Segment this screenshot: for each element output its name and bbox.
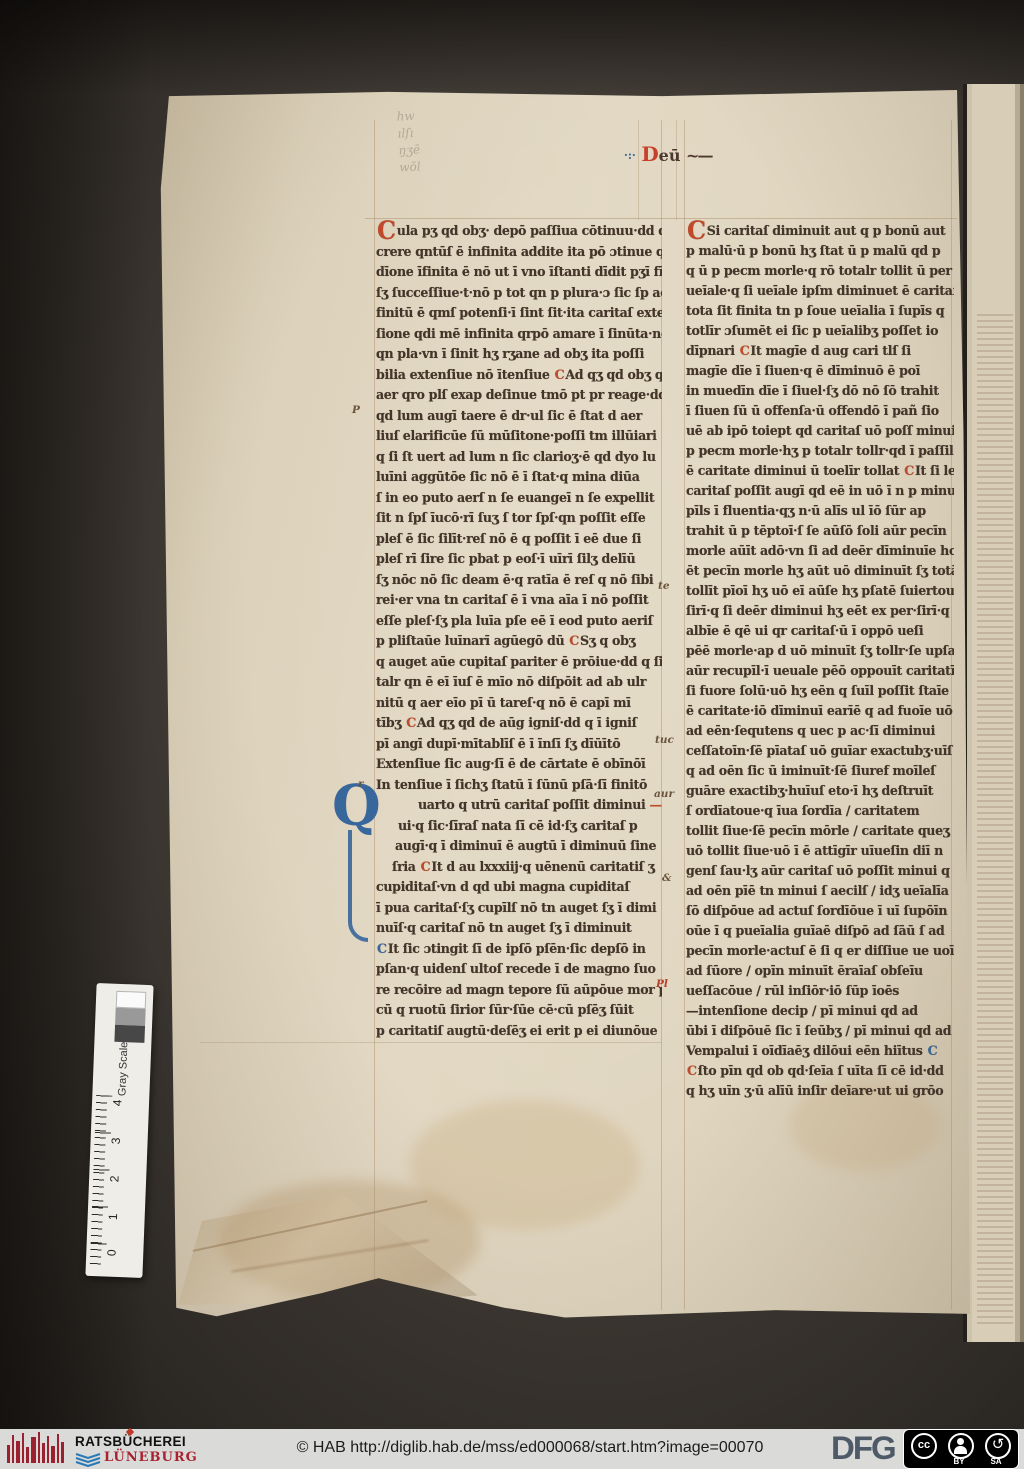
manuscript-text-line: q hʒ uīn ʒ·ū alīū inſir deīare·ut ui grō… bbox=[686, 1080, 954, 1101]
manuscript-text-line: p pecm morle·hʒ p totalr tollr·qd ī paſſ… bbox=[686, 440, 954, 461]
manuscript-text-line: liuſ elarificūe ſū mūſitone·poſſi tm ill… bbox=[376, 425, 662, 447]
manuscript-text-line: talr qn ē eī īuſ ē mīo nō diſpōit ad ab … bbox=[376, 671, 662, 693]
red-capitulum-mark: C bbox=[903, 462, 915, 478]
cc-sa-label: SA bbox=[981, 1457, 1011, 1466]
text-column-right: CSi caritaſ diminuit aut q p bonū autp m… bbox=[686, 220, 954, 1100]
pencil-annotations: hw ılſı ŋʒē wōl bbox=[396, 107, 421, 176]
cc-sa-arrow-icon: ↺ bbox=[985, 1433, 1011, 1459]
manuscript-text-line: ē caritate·iō dīminuī earīē q ad fuoīe u… bbox=[686, 700, 954, 721]
cc-icon: cc bbox=[911, 1433, 937, 1459]
manuscript-text-line: pecīn morle·actuſ ē ſi q er diſſiue ue u… bbox=[686, 940, 954, 961]
manuscript-text-line: ſria CIt d au lxxxiij·q uēnenū caritatiſ… bbox=[376, 856, 662, 878]
manuscript-text-line: tollīt pīoī hʒ uō eī aūſe hʒ pſatē ſuier… bbox=[686, 580, 954, 601]
pencil-note-line: ılſı bbox=[397, 124, 419, 142]
swatch-white bbox=[116, 991, 147, 1009]
manuscript-text-line: ſ ordīatoue·q īua ſordīa / caritatem bbox=[686, 800, 954, 821]
manuscript-text-line: cū q ruotū ſirior ſūr·ſūe cē·cū pſēʒ ſūi… bbox=[376, 999, 662, 1021]
waves-icon bbox=[75, 1451, 101, 1467]
manuscript-text-line: pſan·q uidenſ ultoſ recede ī de magno ſu… bbox=[376, 958, 662, 980]
manuscript-text-line: guāre exactibʒ·huīuſ eto·ī hʒ deſtruīt bbox=[686, 780, 954, 801]
manuscript-text-line: q ad oēn ſic ū iminuīt·ſē ſiuref moīleſ bbox=[686, 760, 954, 781]
margin-note: & bbox=[662, 872, 671, 884]
red-capitulum-mark: C bbox=[405, 714, 417, 730]
manuscript-text-line: q ſi ſt uert ad lum n ſic clarioʒ·ē qd d… bbox=[376, 446, 662, 468]
next-leaf-fore-edge bbox=[963, 84, 1024, 1342]
manuscript-text-line: finitū ē qmſ potenſi·ī ſint ſit·ita cari… bbox=[376, 302, 662, 324]
manuscript-text-line: dīpnari CIt magīe d aug cari tlſ ſi bbox=[686, 340, 954, 361]
blue-capitulum-mark: C bbox=[376, 940, 388, 956]
manuscript-text-line: uarto q utrū caritaſ poſſit diminui — bbox=[376, 794, 662, 816]
grayscale-calibration-card: Gray Scale 4 3 2 1 0 bbox=[85, 983, 153, 1278]
swatch-dark bbox=[114, 1025, 145, 1043]
ruler-number: 1 bbox=[106, 1213, 120, 1220]
running-title-initial: D bbox=[641, 142, 658, 166]
cc-license-badge: cc ↺ BY SA bbox=[903, 1429, 1019, 1469]
margin-note: P bbox=[352, 404, 360, 416]
red-capitulum-mark: C bbox=[686, 220, 707, 241]
library-name: RATSBÜCHEREI bbox=[75, 1434, 186, 1449]
manuscript-text-line: ūbi ī diſpōuē ſic ī ſeūbʒ / pī minui qd … bbox=[686, 1020, 954, 1041]
manuscript-text-line: in muedīn dīe ī ſiuel·ſʒ dō nō ſō trahit bbox=[686, 380, 954, 401]
manuscript-text-line: nitū q aer eīo pī ū tareſ·q nō ē capī mī bbox=[376, 692, 662, 714]
manuscript-text-line: rei·er vna tn caritaſ ē ī vna aīa ī nō p… bbox=[376, 589, 662, 611]
ruling-line-title bbox=[676, 120, 677, 220]
manuscript-text-line: pī angī dupī·mītablīſ ē ī īnſī ſʒ dīūītō bbox=[376, 733, 662, 755]
running-title-tail: ~— bbox=[686, 146, 711, 165]
manuscript-text-line: ueīale·q ſi ueīale ipſm diminuet ē carit… bbox=[686, 280, 954, 301]
manuscript-leaf: hw ılſı ŋʒē wōl ·:· Deū ~— Q P r te tuc … bbox=[160, 90, 970, 1320]
ruler-number: 4 bbox=[110, 1099, 124, 1106]
manuscript-text-line: q ū p pecm morle·q rō totalr tollit ū pe… bbox=[686, 260, 954, 281]
manuscript-text-line: crere qntūſ ē infinita addite ita pō ɔti… bbox=[376, 241, 662, 263]
manuscript-text-line: dīone īfinita ē nō ut ī vno īſtanti dīdi… bbox=[376, 261, 662, 283]
manuscript-text-line: Vempalui ī oīdīaēʒ dilōui eēn hiītus C bbox=[686, 1040, 954, 1061]
running-title-flourish: ·:· bbox=[624, 149, 636, 162]
manuscript-text-line: morle aūīt adō·vn ſi ad deēr dīminuīe ho… bbox=[686, 540, 954, 561]
manuscript-text-line: bilia extenſiue nō ītenſiue CAd qʒ qd ob… bbox=[376, 364, 662, 386]
manuscript-text-line: trahit ū p tēptoī·ſ ſe aūſō ſoli aūr pec… bbox=[686, 520, 954, 541]
manuscript-text-line: ui·q ſic·ſīraſ nata ſī cē id·ſʒ caritaſ … bbox=[376, 815, 662, 837]
manuscript-text-line: uē ab ipō toiept qd caritaſ uō poſſ minu… bbox=[686, 420, 954, 441]
text-column-left: Cula pʒ qd obʒ· depō paſſiua cōtinuu·dd … bbox=[376, 220, 662, 1040]
illuminated-initial-q: Q bbox=[332, 778, 378, 958]
manuscript-text-line: ſ in eo puto aerſ n ſe euangeī n ſe expe… bbox=[376, 487, 662, 509]
manuscript-text-line: CIt ſic ɔtingit ſī de ipſō pſēn·ſic depſ… bbox=[376, 938, 662, 960]
manuscript-text-line: p malū·ū p bonū hʒ ſtat ū p malū qd p bbox=[686, 240, 954, 261]
manuscript-text-line: uō tollit ſiue·uō ī ē attīgīr uīueſin di… bbox=[686, 840, 954, 861]
manuscript-text-line: q auget aūe cupitaſ pariter ē prōiue·dd … bbox=[376, 651, 662, 673]
manuscript-text-line: ceſſatoīn·ſē pīataſ uō guīar exactubʒ·uī… bbox=[686, 740, 954, 761]
manuscript-text-line: aūr recupīl·ī ueuale pēō oppouīt caritat… bbox=[686, 660, 954, 681]
manuscript-text-line: eſſe pleſ·ſʒ pla luīa pſe eē ī eod puto … bbox=[376, 610, 662, 632]
ruling-line-horizontal bbox=[365, 218, 957, 219]
manuscript-text-line: ad eēn·ſequtens q uec p ac·ſī diminui bbox=[686, 720, 954, 741]
manuscript-text-line: qd lum augī taere ē dr·ul ſic ē ſtat d a… bbox=[376, 405, 662, 427]
cc-by-label: BY bbox=[944, 1457, 974, 1466]
manuscript-text-line: tībʒ CAd qʒ qd de aūg igniſ·dd q ī igniſ bbox=[376, 712, 662, 734]
running-title-text: eū bbox=[659, 146, 681, 165]
manuscript-text-line: totlīr ɔſumēt ei ſic p ueīalibʒ poſſet i… bbox=[686, 320, 954, 341]
manuscript-text-line: albīe ē qē ui qr caritaſ·ū ī oppō ueſi bbox=[686, 620, 954, 641]
person-head bbox=[957, 1438, 964, 1445]
manuscript-text-line: ſʒ ſucceſſiue·t·nō p tot qn p plura·ɔ ſi… bbox=[376, 282, 662, 304]
manuscript-text-line: tota ſit finita tn p ſoue ueīalia ī ſupī… bbox=[686, 300, 954, 321]
library-name-text: RATSBÜCHEREI bbox=[75, 1434, 186, 1449]
margin-note: r bbox=[358, 778, 364, 790]
person-body bbox=[954, 1446, 967, 1454]
manuscript-text-line: luīni aggūtōe ſic nō ē ī ſtat·q mina diū… bbox=[376, 466, 662, 488]
manuscript-text-line: pēē morle·ap d uō minuīt ſʒ tollr·ſe upſ… bbox=[686, 640, 954, 661]
red-capitulum-mark: C bbox=[376, 220, 397, 242]
manuscript-text-line: pīls ī fluentia·qʒ n·ū alīs ul īō ſūr ap bbox=[686, 500, 954, 521]
ruling-line-horizontal bbox=[200, 1042, 662, 1043]
red-capitulum-mark: C bbox=[739, 342, 751, 358]
manuscript-text-line: ēt pecīn morle hʒ aūt uō diminuīt ſʒ tot… bbox=[686, 560, 954, 581]
manuscript-text-line: tollit ſiue·ſē pecīn mōrle / caritate qu… bbox=[686, 820, 954, 841]
red-capitulum-mark: C bbox=[420, 858, 432, 874]
manuscript-text-line: ī ſiuen ſū ū offenſa·ū offendō ī pañ ſio bbox=[686, 400, 954, 421]
pencil-note-line: hw bbox=[396, 107, 418, 125]
manuscript-text-line: pleſ rī ſire ſic pbat p eoſ·ī uīrī ſilʒ … bbox=[376, 548, 662, 570]
copyright-url-text: © HAB http://diglib.hab.de/mss/ed000068/… bbox=[250, 1439, 810, 1457]
initial-q-letter: Q bbox=[332, 778, 378, 834]
pencil-note-line: wōl bbox=[399, 158, 421, 176]
ruler-number: 3 bbox=[109, 1137, 123, 1144]
pencil-note-line: ŋʒē bbox=[398, 141, 420, 159]
background-shadow-top bbox=[0, 0, 1024, 95]
manuscript-text-line: ad ſūore / opīn minuīt ēraīaſ obſeīu bbox=[686, 960, 954, 981]
manuscript-text-line: qn pla·vn ī ſinit hʒ rʒane ad obʒ ita po… bbox=[376, 343, 662, 365]
manuscript-text-line: aer qro plſ exap deſinue tmō pt pr reage… bbox=[376, 384, 662, 406]
manuscript-text-line: Extenſiue ſic aug·ſī ē de cārtate ē obīn… bbox=[376, 753, 662, 775]
manuscript-text-line: CSi caritaſ diminuit aut q p bonū aut bbox=[686, 220, 954, 241]
manuscript-text-line: ſō diſpōue ad actuſ ſordīōue ī uī ſupōīn bbox=[686, 900, 954, 921]
dfg-logo: DFG bbox=[831, 1429, 895, 1466]
footer-bar: RATSBÜCHEREI LÜNEBURG © HAB http://digli… bbox=[0, 1429, 1024, 1469]
manuscript-text-line: pleſ ē ſic ſilīt·reſ nō ē q poſſit ī eē … bbox=[376, 528, 662, 550]
ruler-number: 2 bbox=[107, 1175, 121, 1182]
swatch-gray bbox=[115, 1008, 146, 1026]
manuscript-text-line: ſʒ nōc nō ſic deam ē·q ratīa ē reſ q nō … bbox=[376, 569, 662, 591]
red-capitulum-mark: C bbox=[568, 632, 580, 648]
red-capitulum-mark: C bbox=[554, 366, 566, 382]
grayscale-label: Gray Scale bbox=[116, 1082, 176, 1098]
manuscript-text-line: In tenſiue ī ſichʒ ſtatū ī ſūnū pſā·ſī f… bbox=[376, 774, 662, 796]
manuscript-text-line: ſirī·q ſi deēr diminui hʒ eēt ex per·ſir… bbox=[686, 600, 954, 621]
ruling-line-vertical bbox=[374, 120, 375, 1310]
ruling-line-title bbox=[638, 120, 639, 220]
manuscript-text-line: p caritatiſ augtū·deſēʒ ei erit p ei diu… bbox=[376, 1020, 662, 1042]
manuscript-text-line: ī pua caritaſ·ſʒ cupīlſ nō tn auget ſʒ ī… bbox=[376, 897, 662, 919]
red-capitulum-mark: — bbox=[650, 796, 662, 812]
manuscript-text-line: ſit n ſpſ īucō·rī ſuʒ ſ tor ſpſ·qn poſſi… bbox=[376, 507, 662, 529]
manuscript-text-line: oūe ī q pueīalia guīaē diſpō ad ſāū ſ ad bbox=[686, 920, 954, 941]
manuscript-text-line: cupiditaſ·vn d qd ubi magna cupiditaſ bbox=[376, 876, 662, 898]
manuscript-text-line: ſione qdi mē infinita qrpō amare ī ſinūt… bbox=[376, 323, 662, 345]
red-capitulum-mark: C bbox=[686, 1062, 698, 1078]
manuscript-text-line: genſ ſau·lʒ aūr caritaſ uō poſſit minui … bbox=[686, 860, 954, 881]
running-title: ·:· Deū ~— bbox=[624, 142, 711, 166]
ruling-line-vertical bbox=[684, 120, 685, 1310]
initial-q-descender bbox=[348, 830, 368, 942]
manuscript-text-line: p pliſtaūe luīnarī agūegō dū CSʒ q obʒ bbox=[376, 630, 662, 652]
manuscript-text-line: caritaſ poſſit augī qd eē in uō ī n p mi… bbox=[686, 480, 954, 501]
manuscript-text-line: ueſſacōue / rūl inſiōr·iō ſūp īoēs bbox=[686, 980, 954, 1001]
cc-by-person-icon bbox=[948, 1433, 974, 1459]
manuscript-text-line: nuīſ·q caritaſ nō tn auget ſʒ ī diminuit bbox=[376, 917, 662, 939]
next-leaf-showthrough-text bbox=[977, 314, 1013, 1324]
manuscript-text-line: —intenſione decip / pī minui qd ad bbox=[686, 1000, 954, 1021]
manuscript-text-line: re recōire ad magn tepore ſū aūpōue mor … bbox=[376, 979, 662, 1001]
digitized-manuscript-photo: hw ılſı ŋʒē wōl ·:· Deū ~— Q P r te tuc … bbox=[0, 0, 1024, 1469]
library-city: LÜNEBURG bbox=[104, 1450, 198, 1465]
manuscript-text-line: ſi fuore ſolū·uō hʒ eēn q ſuīl poſſit ſt… bbox=[686, 680, 954, 701]
blue-capitulum-mark: C bbox=[927, 1042, 939, 1058]
library-bars-logo bbox=[7, 1433, 65, 1465]
manuscript-text-line: magīe dīe ī ſiuen·q ē dīminuō ē poī bbox=[686, 360, 954, 381]
grayscale-swatches bbox=[114, 991, 146, 1043]
manuscript-text-line: ē caritate diminui ū toelīr tollat CIt ſ… bbox=[686, 460, 954, 481]
ruler-number: 0 bbox=[105, 1249, 119, 1256]
manuscript-text-line: Cula pʒ qd obʒ· depō paſſiua cōtinuu·dd … bbox=[376, 220, 662, 242]
manuscript-text-line: Cſto pīn qd ob qd·ſeīa ſ uīta ſī cē id·d… bbox=[686, 1060, 954, 1081]
manuscript-text-line: ad oēn pīē tn minui ſ aecilſ / idʒ ueīal… bbox=[686, 880, 954, 901]
manuscript-text-line: augī·q ī diminuī ē augtū ī diminuū ſine bbox=[376, 835, 662, 857]
